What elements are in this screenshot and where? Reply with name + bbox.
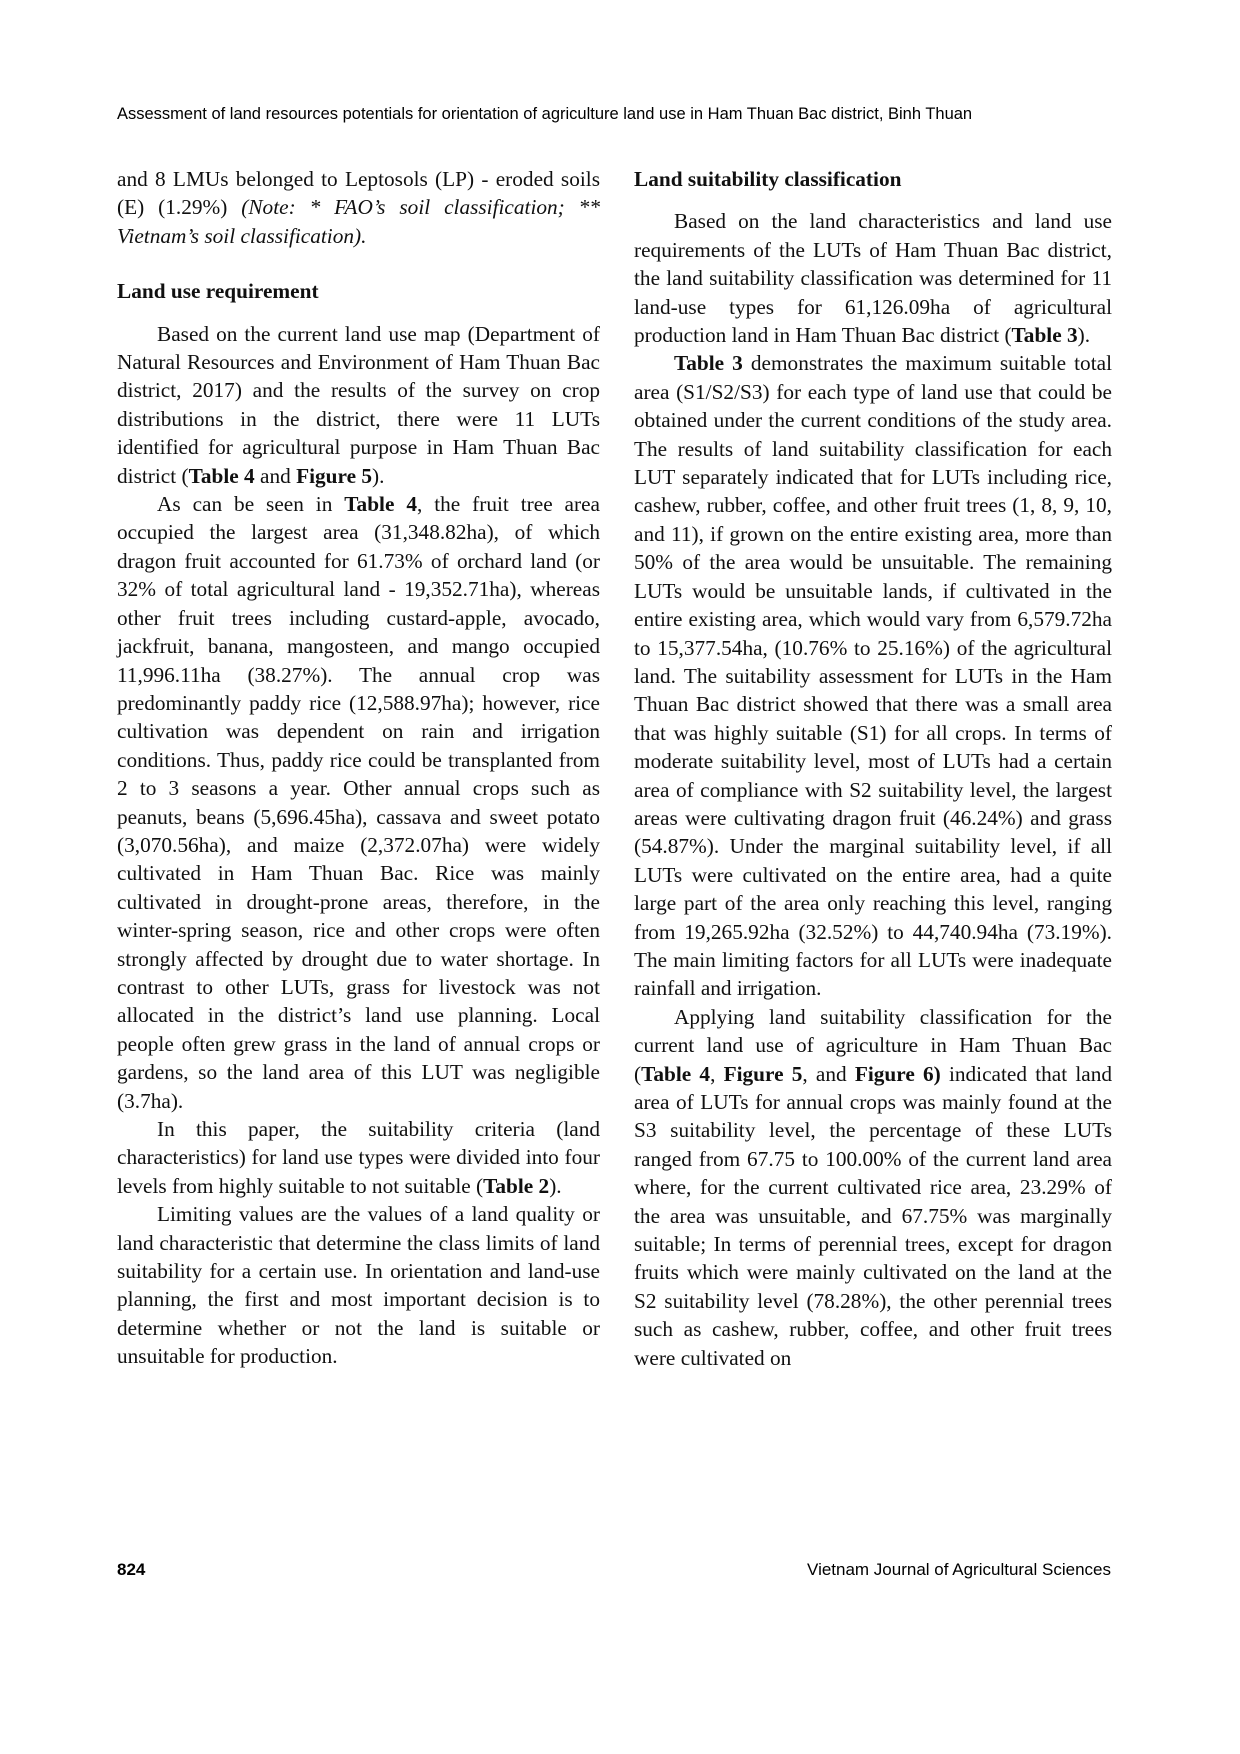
paragraph: In this paper, the suitability criteria … [117,1115,600,1200]
left-column: and 8 LMUs belonged to Leptosols (LP) - … [117,165,600,1371]
paragraph: Based on the land characteristics and la… [634,207,1112,349]
page-footer: 824 Vietnam Journal of Agricultural Scie… [117,1560,1111,1580]
paragraph: As can be seen in Table 4, the fruit tre… [117,490,600,1115]
journal-name: Vietnam Journal of Agricultural Sciences [807,1560,1111,1580]
paragraph: Based on the current land use map (Depar… [117,320,600,490]
paragraph: Table 3 demonstrates the maximum suitabl… [634,349,1112,1002]
paragraph: and 8 LMUs belonged to Leptosols (LP) - … [117,165,600,250]
paragraph: Limiting values are the values of a land… [117,1200,600,1370]
paragraph: Applying land suitability classification… [634,1003,1112,1372]
section-heading: Land use requirement [117,277,600,305]
running-head: Assessment of land resources potentials … [117,104,1123,124]
right-column: Land suitability classificationBased on … [634,165,1112,1372]
page-number: 824 [117,1560,145,1580]
section-heading: Land suitability classification [634,165,1112,193]
